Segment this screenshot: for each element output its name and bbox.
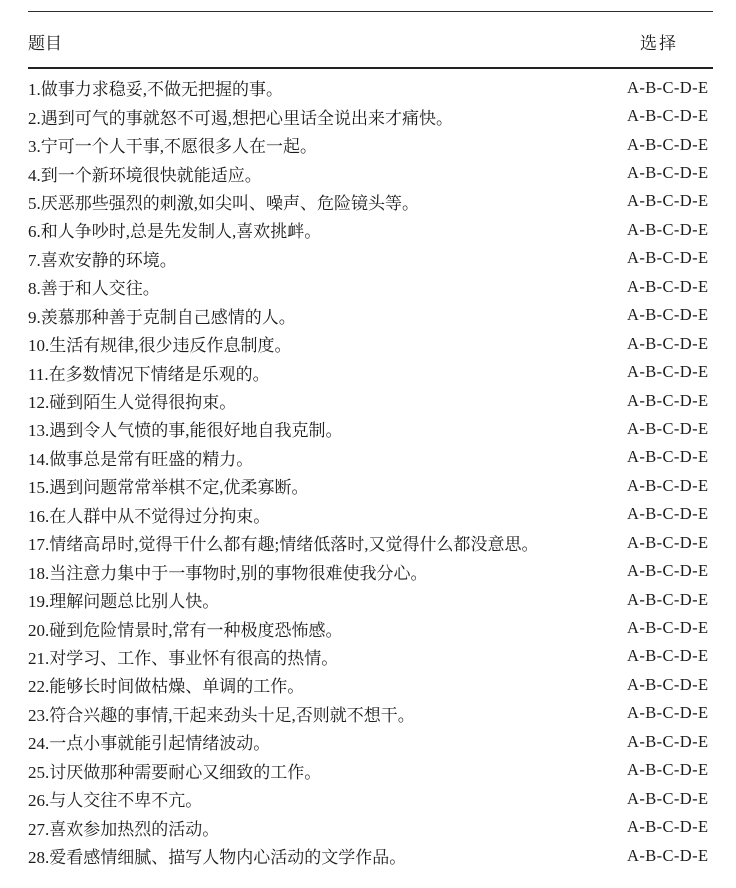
- header-rule: [28, 67, 713, 69]
- questionnaire-page: 题目 选择 1.做事力求稳妥,不做无把握的事。 A-B-C-D-E 2.遇到可气…: [0, 0, 736, 888]
- question-text: 17.情绪高昂时,觉得干什么都有趣;情绪低落时,又觉得什么都没意思。: [28, 530, 538, 555]
- table-row: 10.生活有规律,很少违反作息制度。 A-B-C-D-E: [28, 329, 713, 357]
- table-row: 12.碰到陌生人觉得很拘束。 A-B-C-D-E: [28, 386, 713, 414]
- table-row: 17.情绪高昂时,觉得干什么都有趣;情绪低落时,又觉得什么都没意思。 A-B-C…: [28, 529, 713, 557]
- question-text: 11.在多数情况下情绪是乐观的。: [28, 360, 270, 385]
- question-text: 27.喜欢参加热烈的活动。: [28, 815, 219, 840]
- question-text: 1.做事力求稳妥,不做无把握的事。: [28, 75, 283, 100]
- choice-options: A-B-C-D-E: [627, 305, 713, 325]
- table-row: 20.碰到危险情景时,常有一种极度恐怖感。 A-B-C-D-E: [28, 614, 713, 642]
- choice-options: A-B-C-D-E: [627, 618, 713, 638]
- choice-options: A-B-C-D-E: [627, 419, 713, 439]
- table-row: 14.做事总是常有旺盛的精力。 A-B-C-D-E: [28, 443, 713, 471]
- table-row: 13.遇到令人气愤的事,能很好地自我克制。 A-B-C-D-E: [28, 415, 713, 443]
- choice-options: A-B-C-D-E: [627, 248, 713, 268]
- table-row: 26.与人交往不卑不亢。 A-B-C-D-E: [28, 784, 713, 812]
- table-row: 9.羡慕那种善于克制自己感情的人。 A-B-C-D-E: [28, 301, 713, 329]
- choice-options: A-B-C-D-E: [627, 675, 713, 695]
- question-text: 3.宁可一个人干事,不愿很多人在一起。: [28, 132, 317, 157]
- header-question-label: 题目: [28, 29, 62, 54]
- question-text: 9.羡慕那种善于克制自己感情的人。: [28, 303, 296, 328]
- question-text: 7.喜欢安静的环境。: [28, 246, 177, 271]
- table-row: 3.宁可一个人干事,不愿很多人在一起。 A-B-C-D-E: [28, 130, 713, 158]
- table-row: 21.对学习、工作、事业怀有很高的热情。 A-B-C-D-E: [28, 642, 713, 670]
- choice-options: A-B-C-D-E: [627, 846, 713, 866]
- table-row: 19.理解问题总比别人快。 A-B-C-D-E: [28, 585, 713, 613]
- table-row: 6.和人争吵时,总是先发制人,喜欢挑衅。 A-B-C-D-E: [28, 216, 713, 244]
- choice-options: A-B-C-D-E: [627, 220, 713, 240]
- table-header: 题目 选择: [28, 29, 713, 53]
- choice-options: A-B-C-D-E: [627, 135, 713, 155]
- question-text: 2.遇到可气的事就怒不可遏,想把心里话全说出来才痛快。: [28, 104, 453, 129]
- choice-options: A-B-C-D-E: [627, 78, 713, 98]
- question-text: 14.做事总是常有旺盛的精力。: [28, 445, 253, 470]
- table-row: 24.一点小事就能引起情绪波动。 A-B-C-D-E: [28, 728, 713, 756]
- table-row: 16.在人群中从不觉得过分拘束。 A-B-C-D-E: [28, 500, 713, 528]
- table-row: 1.做事力求稳妥,不做无把握的事。 A-B-C-D-E: [28, 74, 713, 102]
- question-text: 16.在人群中从不觉得过分拘束。: [28, 502, 270, 527]
- question-text: 5.厌恶那些强烈的刺激,如尖叫、噪声、危险镜头等。: [28, 189, 419, 214]
- choice-options: A-B-C-D-E: [627, 106, 713, 126]
- table-row: 7.喜欢安静的环境。 A-B-C-D-E: [28, 244, 713, 272]
- table-row: 25.讨厌做那种需要耐心又细致的工作。 A-B-C-D-E: [28, 756, 713, 784]
- question-text: 12.碰到陌生人觉得很拘束。: [28, 388, 236, 413]
- question-text: 21.对学习、工作、事业怀有很高的热情。: [28, 644, 338, 669]
- choice-options: A-B-C-D-E: [627, 533, 713, 553]
- table-row: 2.遇到可气的事就怒不可遏,想把心里话全说出来才痛快。 A-B-C-D-E: [28, 102, 713, 130]
- choice-options: A-B-C-D-E: [627, 163, 713, 183]
- table-row: 8.善于和人交往。 A-B-C-D-E: [28, 273, 713, 301]
- question-text: 8.善于和人交往。: [28, 274, 160, 299]
- question-rows: 1.做事力求稳妥,不做无把握的事。 A-B-C-D-E 2.遇到可气的事就怒不可…: [28, 74, 713, 870]
- choice-options: A-B-C-D-E: [627, 334, 713, 354]
- question-text: 15.遇到问题常常举棋不定,优柔寡断。: [28, 473, 309, 498]
- choice-options: A-B-C-D-E: [627, 476, 713, 496]
- choice-options: A-B-C-D-E: [627, 277, 713, 297]
- table-row: 4.到一个新环境很快就能适应。 A-B-C-D-E: [28, 159, 713, 187]
- table-row: 5.厌恶那些强烈的刺激,如尖叫、噪声、危险镜头等。 A-B-C-D-E: [28, 187, 713, 215]
- header-choice-label: 选择: [627, 29, 713, 54]
- table-row: 22.能够长时间做枯燥、单调的工作。 A-B-C-D-E: [28, 671, 713, 699]
- choice-options: A-B-C-D-E: [627, 817, 713, 837]
- choice-options: A-B-C-D-E: [627, 447, 713, 467]
- table-row: 18.当注意力集中于一事物时,别的事物很难使我分心。 A-B-C-D-E: [28, 557, 713, 585]
- question-text: 4.到一个新环境很快就能适应。: [28, 161, 262, 186]
- question-text: 28.爱看感情细腻、描写人物内心活动的文学作品。: [28, 843, 406, 868]
- choice-options: A-B-C-D-E: [627, 789, 713, 809]
- table-row: 27.喜欢参加热烈的活动。 A-B-C-D-E: [28, 813, 713, 841]
- table-row: 11.在多数情况下情绪是乐观的。 A-B-C-D-E: [28, 358, 713, 386]
- question-text: 20.碰到危险情景时,常有一种极度恐怖感。: [28, 616, 343, 641]
- question-text: 10.生活有规律,很少违反作息制度。: [28, 331, 292, 356]
- choice-options: A-B-C-D-E: [627, 760, 713, 780]
- choice-options: A-B-C-D-E: [627, 646, 713, 666]
- question-text: 18.当注意力集中于一事物时,别的事物很难使我分心。: [28, 559, 428, 584]
- choice-options: A-B-C-D-E: [627, 703, 713, 723]
- question-text: 6.和人争吵时,总是先发制人,喜欢挑衅。: [28, 217, 321, 242]
- question-text: 13.遇到令人气愤的事,能很好地自我克制。: [28, 416, 343, 441]
- question-text: 19.理解问题总比别人快。: [28, 587, 219, 612]
- table-row: 28.爱看感情细腻、描写人物内心活动的文学作品。 A-B-C-D-E: [28, 841, 713, 869]
- question-text: 25.讨厌做那种需要耐心又细致的工作。: [28, 758, 321, 783]
- choice-options: A-B-C-D-E: [627, 732, 713, 752]
- top-rule: [28, 11, 713, 12]
- choice-options: A-B-C-D-E: [627, 391, 713, 411]
- choice-options: A-B-C-D-E: [627, 561, 713, 581]
- table-row: 23.符合兴趣的事情,干起来劲头十足,否则就不想干。 A-B-C-D-E: [28, 699, 713, 727]
- question-text: 24.一点小事就能引起情绪波动。: [28, 729, 270, 754]
- question-text: 23.符合兴趣的事情,干起来劲头十足,否则就不想干。: [28, 701, 415, 726]
- table-row: 15.遇到问题常常举棋不定,优柔寡断。 A-B-C-D-E: [28, 472, 713, 500]
- choice-options: A-B-C-D-E: [627, 362, 713, 382]
- choice-options: A-B-C-D-E: [627, 191, 713, 211]
- choice-options: A-B-C-D-E: [627, 590, 713, 610]
- choice-options: A-B-C-D-E: [627, 504, 713, 524]
- question-text: 26.与人交往不卑不亢。: [28, 786, 202, 811]
- question-text: 22.能够长时间做枯燥、单调的工作。: [28, 672, 304, 697]
